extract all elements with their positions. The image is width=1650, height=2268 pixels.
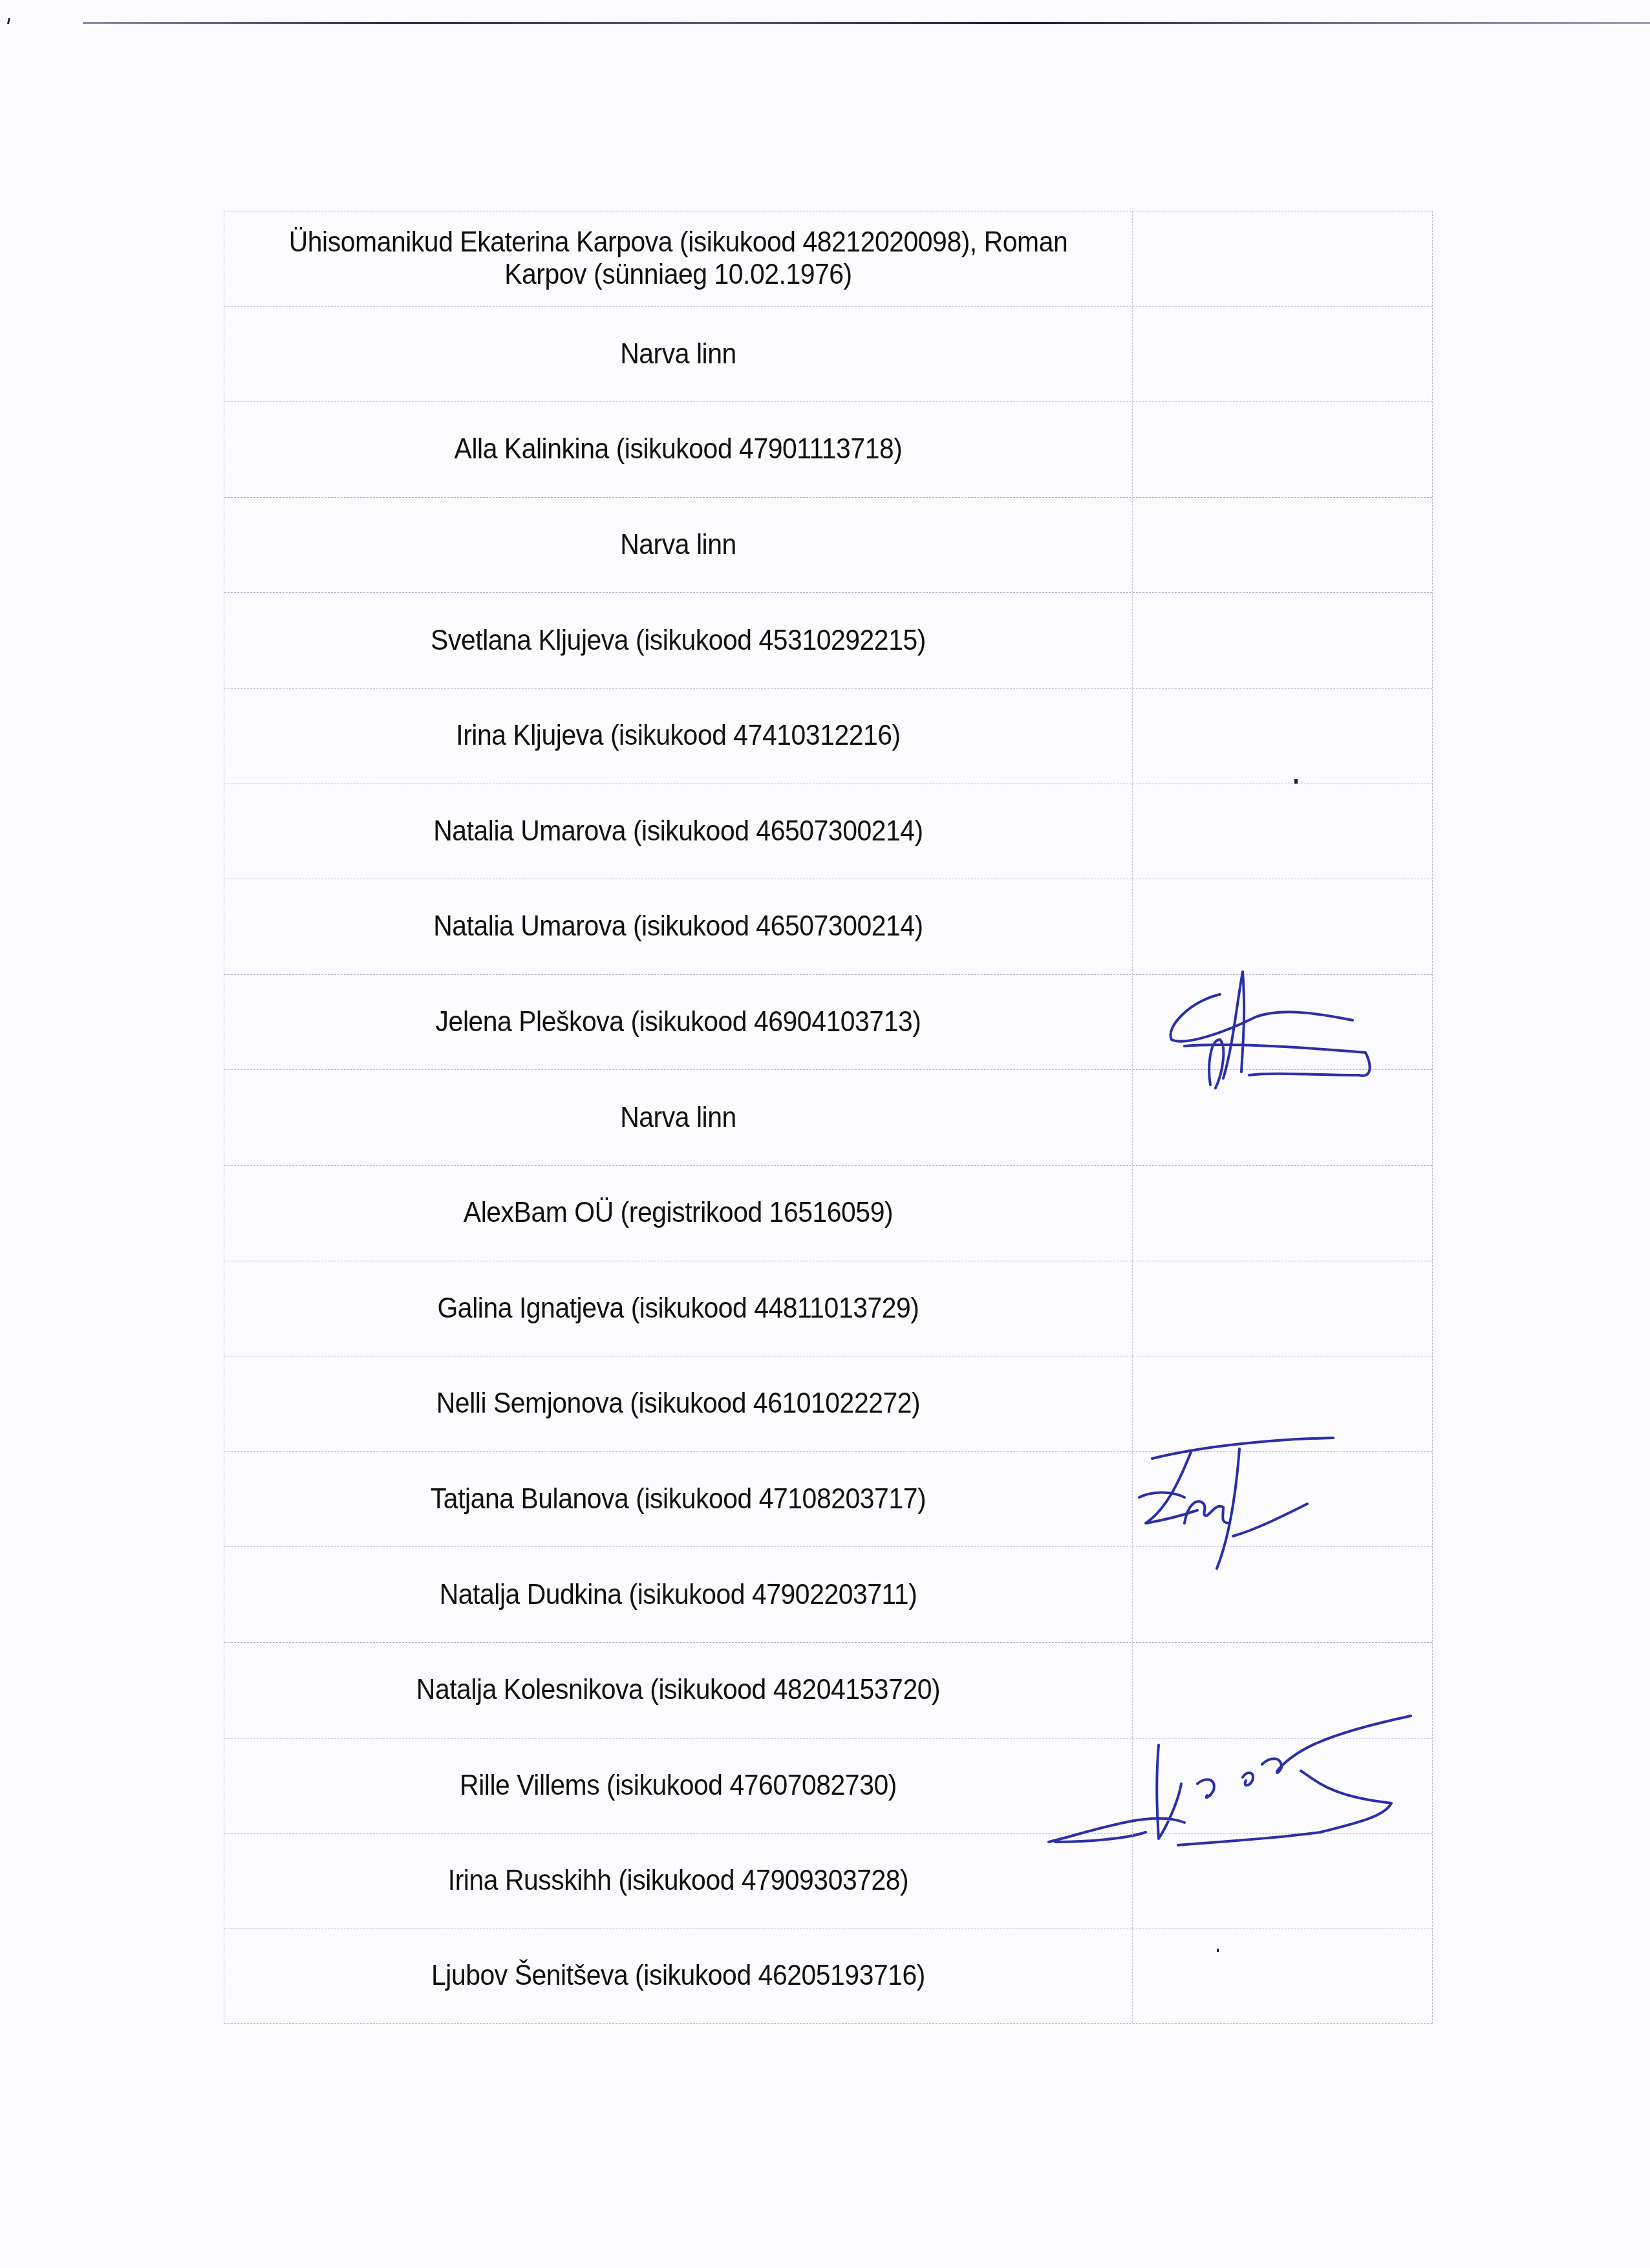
- signature-cell: [1132, 1166, 1432, 1261]
- table-row: Rille Villems (isikukood 47607082730): [224, 1738, 1432, 1834]
- signature-cell: [1132, 1070, 1432, 1165]
- party-name: Natalia Umarova (isikukood 46507300214): [256, 784, 1100, 879]
- signature-cell: [1132, 1834, 1432, 1929]
- signature-cell: [1132, 784, 1432, 879]
- table-row: Ljubov Šenitševa (isikukood 46205193716): [224, 1929, 1432, 2024]
- table-row: Natalia Umarova (isikukood 46507300214): [224, 879, 1432, 974]
- table-row: Ühisomanikud Ekaterina Karpova (isikukoo…: [224, 211, 1432, 306]
- party-name: Irina Russkihh (isikukood 47909303728): [256, 1834, 1100, 1929]
- party-name: Jelena Pleškova (isikukood 46904103713): [256, 975, 1100, 1070]
- party-name: Ühisomanikud Ekaterina Karpova (isikukoo…: [256, 211, 1100, 306]
- signature-cell: [1132, 1452, 1432, 1547]
- table-row: Natalja Dudkina (isikukood 47902203711): [224, 1546, 1432, 1642]
- signature-cell: [1132, 1261, 1432, 1356]
- party-name: Ljubov Šenitševa (isikukood 46205193716): [256, 1929, 1100, 2024]
- party-name: Narva linn: [256, 1070, 1100, 1165]
- table-row: Galina Ignatjeva (isikukood 44811013729): [224, 1261, 1432, 1356]
- party-name: Irina Kljujeva (isikukood 47410312216): [256, 689, 1100, 784]
- table-row: Svetlana Kljujeva (isikukood 45310292215…: [224, 592, 1432, 688]
- signature-cell: [1132, 211, 1432, 306]
- signature-cell: [1132, 1547, 1432, 1642]
- table-row: Narva linn: [224, 1069, 1432, 1165]
- ink-dot: [1294, 779, 1298, 784]
- signature-cell: [1132, 1929, 1432, 2024]
- signature-cell: [1132, 498, 1432, 593]
- party-name: Alla Kalinkina (isikukood 47901113718): [256, 402, 1100, 497]
- party-name: Nelli Semjonova (isikukood 46101022272): [256, 1356, 1100, 1451]
- table-row: Irina Kljujeva (isikukood 47410312216): [224, 688, 1432, 784]
- table-row: Alla Kalinkina (isikukood 47901113718): [224, 401, 1432, 497]
- signature-cell: [1132, 307, 1432, 402]
- signature-cell: [1132, 975, 1432, 1070]
- party-name: Natalja Kolesnikova (isikukood 482041537…: [256, 1643, 1100, 1738]
- table-row: Narva linn: [224, 497, 1432, 593]
- signature-cell: [1132, 593, 1432, 688]
- signature-cell: [1132, 879, 1432, 974]
- party-name: Svetlana Kljujeva (isikukood 45310292215…: [256, 593, 1100, 688]
- party-name: Natalja Dudkina (isikukood 47902203711): [256, 1547, 1100, 1642]
- party-name: Narva linn: [256, 307, 1100, 402]
- signature-table: Ühisomanikud Ekaterina Karpova (isikukoo…: [224, 211, 1433, 2024]
- scan-top-edge: [83, 22, 1650, 24]
- ink-dot: [1217, 1949, 1219, 1952]
- signature-cell: [1132, 1738, 1432, 1834]
- scan-artifact-mark: [7, 18, 10, 24]
- table-row: Tatjana Bulanova (isikukood 47108203717): [224, 1451, 1432, 1547]
- handwritten-signature: [1146, 968, 1391, 1085]
- party-name: Tatjana Bulanova (isikukood 47108203717): [256, 1452, 1100, 1547]
- table-row: Jelena Pleškova (isikukood 46904103713): [224, 974, 1432, 1070]
- party-name: AlexBam OÜ (registrikood 16516059): [256, 1166, 1100, 1261]
- table-row: Natalia Umarova (isikukood 46507300214): [224, 784, 1432, 879]
- table-row: Irina Russkihh (isikukood 47909303728): [224, 1833, 1432, 1929]
- party-name: Narva linn: [256, 498, 1100, 593]
- party-name: Natalia Umarova (isikukood 46507300214): [256, 879, 1100, 974]
- party-name: Rille Villems (isikukood 47607082730): [256, 1738, 1100, 1834]
- party-name: Galina Ignatjeva (isikukood 44811013729): [256, 1261, 1100, 1356]
- signature-cell: [1132, 402, 1432, 497]
- table-row: Narva linn: [224, 306, 1432, 402]
- signature-cell: [1132, 689, 1432, 784]
- table-row: AlexBam OÜ (registrikood 16516059): [224, 1165, 1432, 1261]
